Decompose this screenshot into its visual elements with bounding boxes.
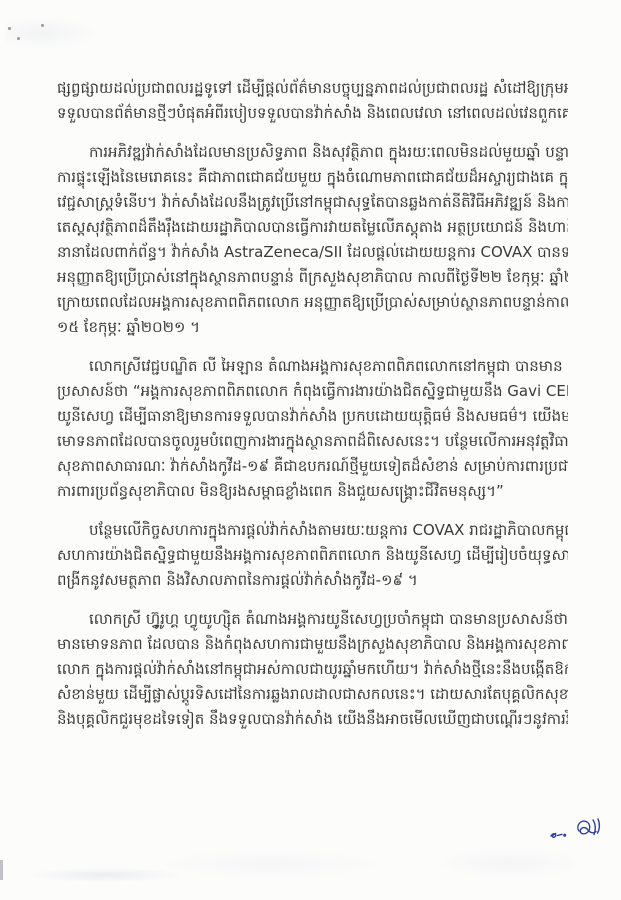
text-line: ការអភិវឌ្ឍវ៉ាក់សាំងដែលមានប្រសិទ្ធភាព និង…: [57, 140, 568, 165]
paragraph: ការអភិវឌ្ឍវ៉ាក់សាំងដែលមានប្រសិទ្ធភាព និង…: [57, 140, 568, 340]
signature-initials: [548, 817, 606, 851]
text-line: សុខភាពសាធារណៈ វ៉ាក់សាំងកូវីដ-១៩ គឺជាឧបករ…: [57, 454, 568, 479]
text-line: តេស្តសុវត្ថិភាពដ៏តឹងរ៉ឹងដោយរដ្ឋាភិបាលបាន…: [57, 215, 568, 240]
scan-smudge-bottom: [160, 850, 380, 878]
text-line: នានាដែលពាក់ព័ន្ធ។ វ៉ាក់សាំង AstraZeneca/…: [57, 240, 568, 265]
text-line: ពង្រីកនូវសមត្ថភាព និងវិសាលភាពនៃការផ្តល់វ…: [57, 568, 568, 593]
text-line: វេជ្ជសាស្ត្រទំនើប។ វ៉ាក់សាំងដែលនឹងត្រូវប…: [57, 190, 568, 215]
text-line: មោទនភាពដែលបានចូលរួមបំពេញការងារក្នុងស្ថាន…: [57, 429, 568, 454]
text-line: និងបុគ្គលិកជួរមុខដទៃទៀត នឹងទទួលបានវ៉ាក់ស…: [57, 707, 568, 732]
scan-speck: [8, 27, 11, 30]
text-line: លោក ក្នុងការផ្តល់វ៉ាក់សាំងនៅកម្ពុជាអស់កា…: [57, 657, 568, 682]
paragraph: លោកស្រី ហ្វ៊ូរូហ្គ ហ្វូយូហ្ស៊ិត តំណាងអង្…: [57, 607, 568, 732]
text-line: លោកស្រីវេជ្ជបណ្ឌិត លី អៃឡាន តំណាងអង្គការ…: [57, 354, 568, 379]
text-line: ការផ្ទុះឡើងនៃមេរោគនេះ គឺជាភាពជោគជ័យមួយ ក…: [57, 165, 568, 190]
text-block: ផ្សព្វផ្សាយដល់ប្រជាពលរដ្ឋទូទៅ ដើម្បីផ្តល…: [57, 76, 568, 746]
text-line: ក្រោយពេលដែលអង្គការសុខភាពពិភពលោក អនុញ្ញាត…: [57, 290, 568, 315]
text-line: ១៥ ខែកុម្ភៈ ឆ្នាំ២០២១ ។: [57, 315, 568, 340]
text-line: បន្ថែមលើកិច្ចសហការក្នុងការផ្តល់វ៉ាក់សាំង…: [57, 518, 568, 543]
scan-edge-mark: [0, 860, 3, 880]
text-line: អនុញ្ញាតឱ្យប្រើប្រាស់នៅក្នុងស្ថានភាពបន្ទ…: [57, 265, 568, 290]
scan-smudge-bottom: [440, 848, 580, 878]
text-line: ផ្សព្វផ្សាយដល់ប្រជាពលរដ្ឋទូទៅ ដើម្បីផ្តល…: [57, 76, 568, 101]
scan-speck: [17, 37, 20, 40]
text-line: ការពារប្រព័ន្ធសុខាភិបាល មិនឱ្យរងសម្ពាធខ្…: [57, 479, 568, 504]
text-line: មានមោទនភាព ដែលបាន និងកំពុងសហការជាមួយនឹងក…: [57, 632, 568, 657]
text-line: ប្រសាសន៍ថា “អង្គការសុខភាពពិភពលោក កំពុងធ្…: [57, 379, 568, 404]
text-line: យូនីសេហ្វ ដើម្បីធានាឱ្យមានការទទួលបានវ៉ាក…: [57, 404, 568, 429]
paragraph: លោកស្រីវេជ្ជបណ្ឌិត លី អៃឡាន តំណាងអង្គការ…: [57, 354, 568, 504]
scan-speck: [41, 24, 44, 27]
text-line: សហការយ៉ាងជិតស្និទ្ធជាមួយនឹងអង្គការសុខភាព…: [57, 543, 568, 568]
paragraph: ផ្សព្វផ្សាយដល់ប្រជាពលរដ្ឋទូទៅ ដើម្បីផ្តល…: [57, 76, 568, 126]
paragraph: បន្ថែមលើកិច្ចសហការក្នុងការផ្តល់វ៉ាក់សាំង…: [57, 518, 568, 593]
scan-smudge-bottom: [30, 868, 180, 882]
text-line: ទទួលបានព័ត៌មានថ្មីៗបំផុតអំពីរបៀបទទួលបានវ…: [57, 101, 568, 126]
scan-smudge-top-left: [6, 16, 98, 50]
text-line: សំខាន់មួយ ដើម្បីផ្លាស់ប្តូរទិសដៅនៃការឆ្ល…: [57, 682, 568, 707]
scanned-document-page: ផ្សព្វផ្សាយដល់ប្រជាពលរដ្ឋទូទៅ ដើម្បីផ្តល…: [0, 0, 621, 900]
text-line: លោកស្រី ហ្វ៊ូរូហ្គ ហ្វូយូហ្ស៊ិត តំណាងអង្…: [57, 607, 568, 632]
